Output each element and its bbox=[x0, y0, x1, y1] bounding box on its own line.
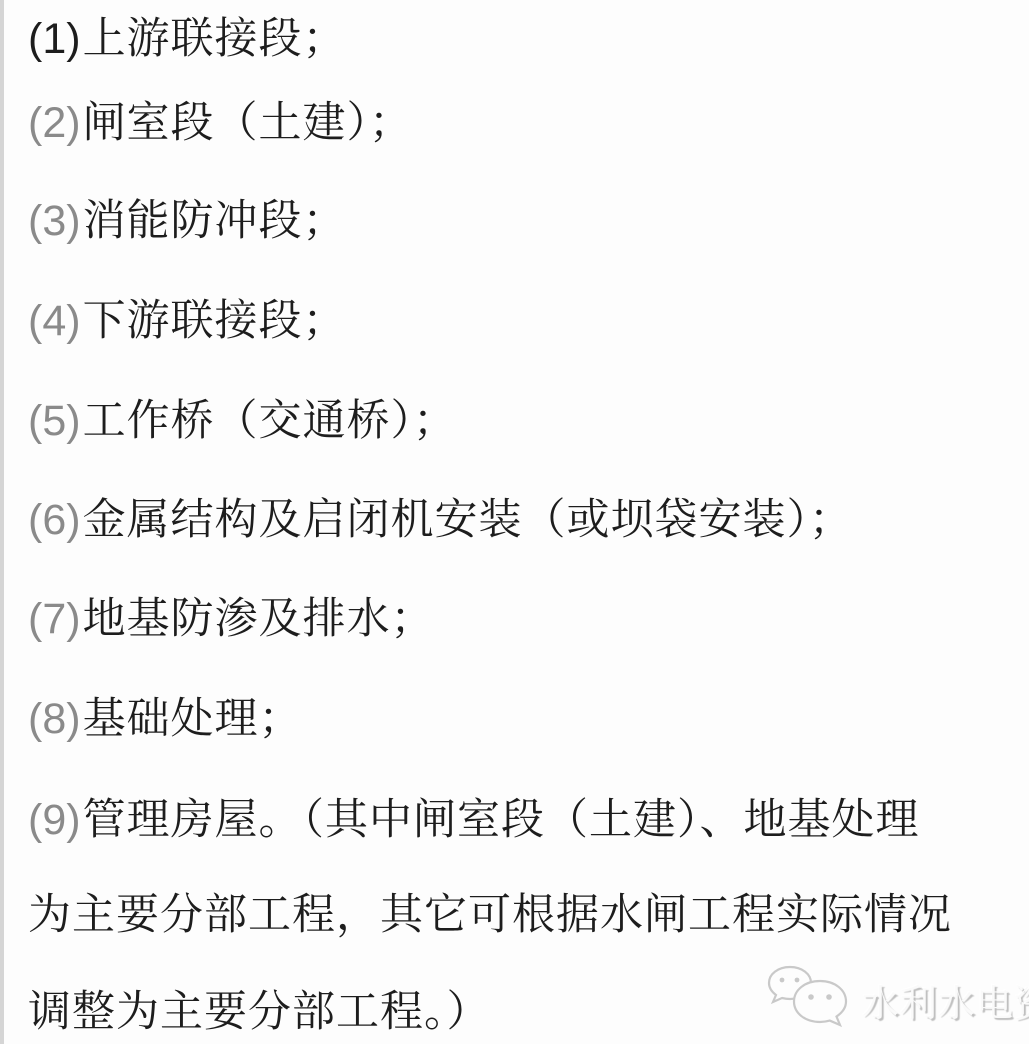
list-item-5: (5)工作桥（交通桥）； bbox=[28, 394, 1003, 448]
list-item-number: (5) bbox=[28, 397, 83, 445]
list-item-text: 调整为主要分部工程。） bbox=[28, 988, 491, 1036]
list-item-8: (8)基础处理； bbox=[28, 692, 1003, 746]
list-item-number: (8) bbox=[28, 695, 83, 743]
list-item-number: (4) bbox=[28, 297, 83, 345]
list-item-text: 工作桥（交通桥）； bbox=[83, 397, 458, 445]
list-item-7: (7)地基防渗及排水； bbox=[28, 592, 1003, 646]
list-item-text: 基础处理； bbox=[83, 695, 303, 743]
list-item-number: (2) bbox=[28, 99, 83, 147]
watermark-label: 水利水电资料库 bbox=[862, 973, 1029, 1027]
list-item-text: 金属结构及启闭机安装（或坝袋安装）； bbox=[83, 496, 854, 544]
list-item-2: (2)闸室段（土建）； bbox=[28, 96, 1003, 150]
list-item-text: 闸室段（土建）； bbox=[83, 99, 414, 147]
list-item-4: (4)下游联接段； bbox=[28, 294, 1003, 348]
list-item-number: (6) bbox=[28, 496, 83, 544]
list-item-number: (3) bbox=[28, 197, 83, 245]
list-item-text: 上游联接段； bbox=[83, 15, 347, 63]
list-item-text: 消能防冲段； bbox=[83, 197, 347, 245]
list-item-text: 为主要分部工程，其它可根据水闸工程实际情况 bbox=[28, 891, 952, 939]
list-item-text: 管理房屋。（其中闸室段（土建）、地基处理 bbox=[83, 796, 920, 844]
document-page: (1)上游联接段； (2)闸室段（土建）； (3)消能防冲段； (4)下游联接段… bbox=[0, 0, 1029, 1044]
list-item-text: 下游联接段； bbox=[83, 297, 347, 345]
watermark: 水利水电资料库 bbox=[760, 963, 1029, 1037]
list-item-text: 地基防渗及排水； bbox=[83, 595, 435, 643]
page-left-border bbox=[0, 0, 4, 1044]
list-item-3: (3)消能防冲段； bbox=[28, 194, 1003, 248]
list-item-1: (1)上游联接段； bbox=[28, 12, 1003, 66]
list-item-number: (9) bbox=[28, 796, 83, 844]
wechat-icon bbox=[760, 963, 856, 1037]
list-item-6: (6)金属结构及启闭机安装（或坝袋安装）； bbox=[28, 493, 1003, 547]
list-item-9: (9)管理房屋。（其中闸室段（土建）、地基处理 bbox=[28, 793, 1003, 847]
list-item-number: (7) bbox=[28, 595, 83, 643]
list-item-number: (1) bbox=[28, 15, 83, 63]
list-item-9-continued: 为主要分部工程，其它可根据水闸工程实际情况 bbox=[28, 888, 1003, 942]
